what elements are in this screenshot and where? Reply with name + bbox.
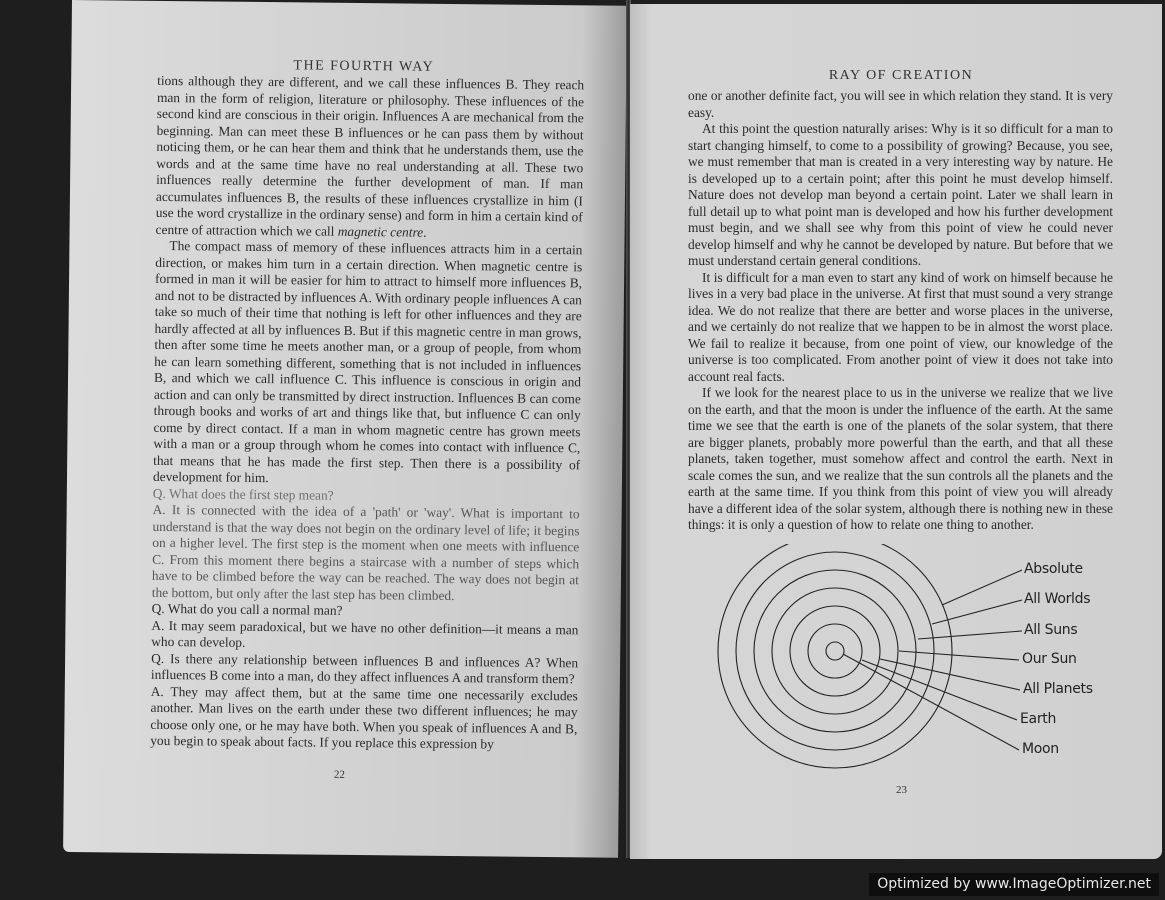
question: Q. Is there any relationship between inf… [151, 650, 578, 687]
answer: A. It may seem paradoxical, but we have … [151, 617, 578, 654]
label-all-worlds: All Worlds [1024, 591, 1090, 607]
label-absolute: Absolute [1024, 561, 1083, 577]
ray-of-creation-diagram: Absolute All Worlds All Suns Our Sun All… [710, 544, 1130, 784]
label-all-suns: All Suns [1024, 622, 1077, 638]
paragraph: If we look for the nearest place to us i… [688, 385, 1113, 534]
left-page-body: tions although they are different, and w… [150, 73, 584, 754]
watermark-banner: Optimized by www.ImageOptimizer.net [869, 873, 1159, 896]
label-our-sun: Our Sun [1022, 651, 1077, 667]
right-page-body: one or another definite fact, you will s… [688, 88, 1113, 534]
paragraph: At this point the question naturally ari… [688, 121, 1113, 270]
paragraph-text: tions although they are different, and w… [156, 73, 585, 238]
left-page: THE FOURTH WAY tions although they are d… [63, 0, 627, 858]
paragraph: The compact mass of memory of these infl… [153, 238, 583, 490]
label-all-planets: All Planets [1023, 681, 1093, 697]
paragraph: It is difficult for a man even to start … [688, 270, 1113, 386]
paragraph: one or another definite fact, you will s… [688, 88, 1113, 121]
answer: A. They may affect them, but at the same… [150, 683, 578, 753]
paragraph: tions although they are different, and w… [156, 73, 585, 242]
italic-term: magnetic centre [338, 223, 424, 239]
page-number-left: 22 [334, 769, 345, 781]
running-head-right: RAY OF CREATION [630, 68, 1162, 84]
right-page: RAY OF CREATION one or another definite … [630, 4, 1162, 859]
page-number-right: 23 [896, 784, 907, 796]
label-earth: Earth [1020, 711, 1056, 727]
paragraph-text: . [423, 224, 427, 239]
label-moon: Moon [1022, 741, 1059, 757]
answer: A. It is connected with the idea of a 'p… [152, 502, 580, 605]
